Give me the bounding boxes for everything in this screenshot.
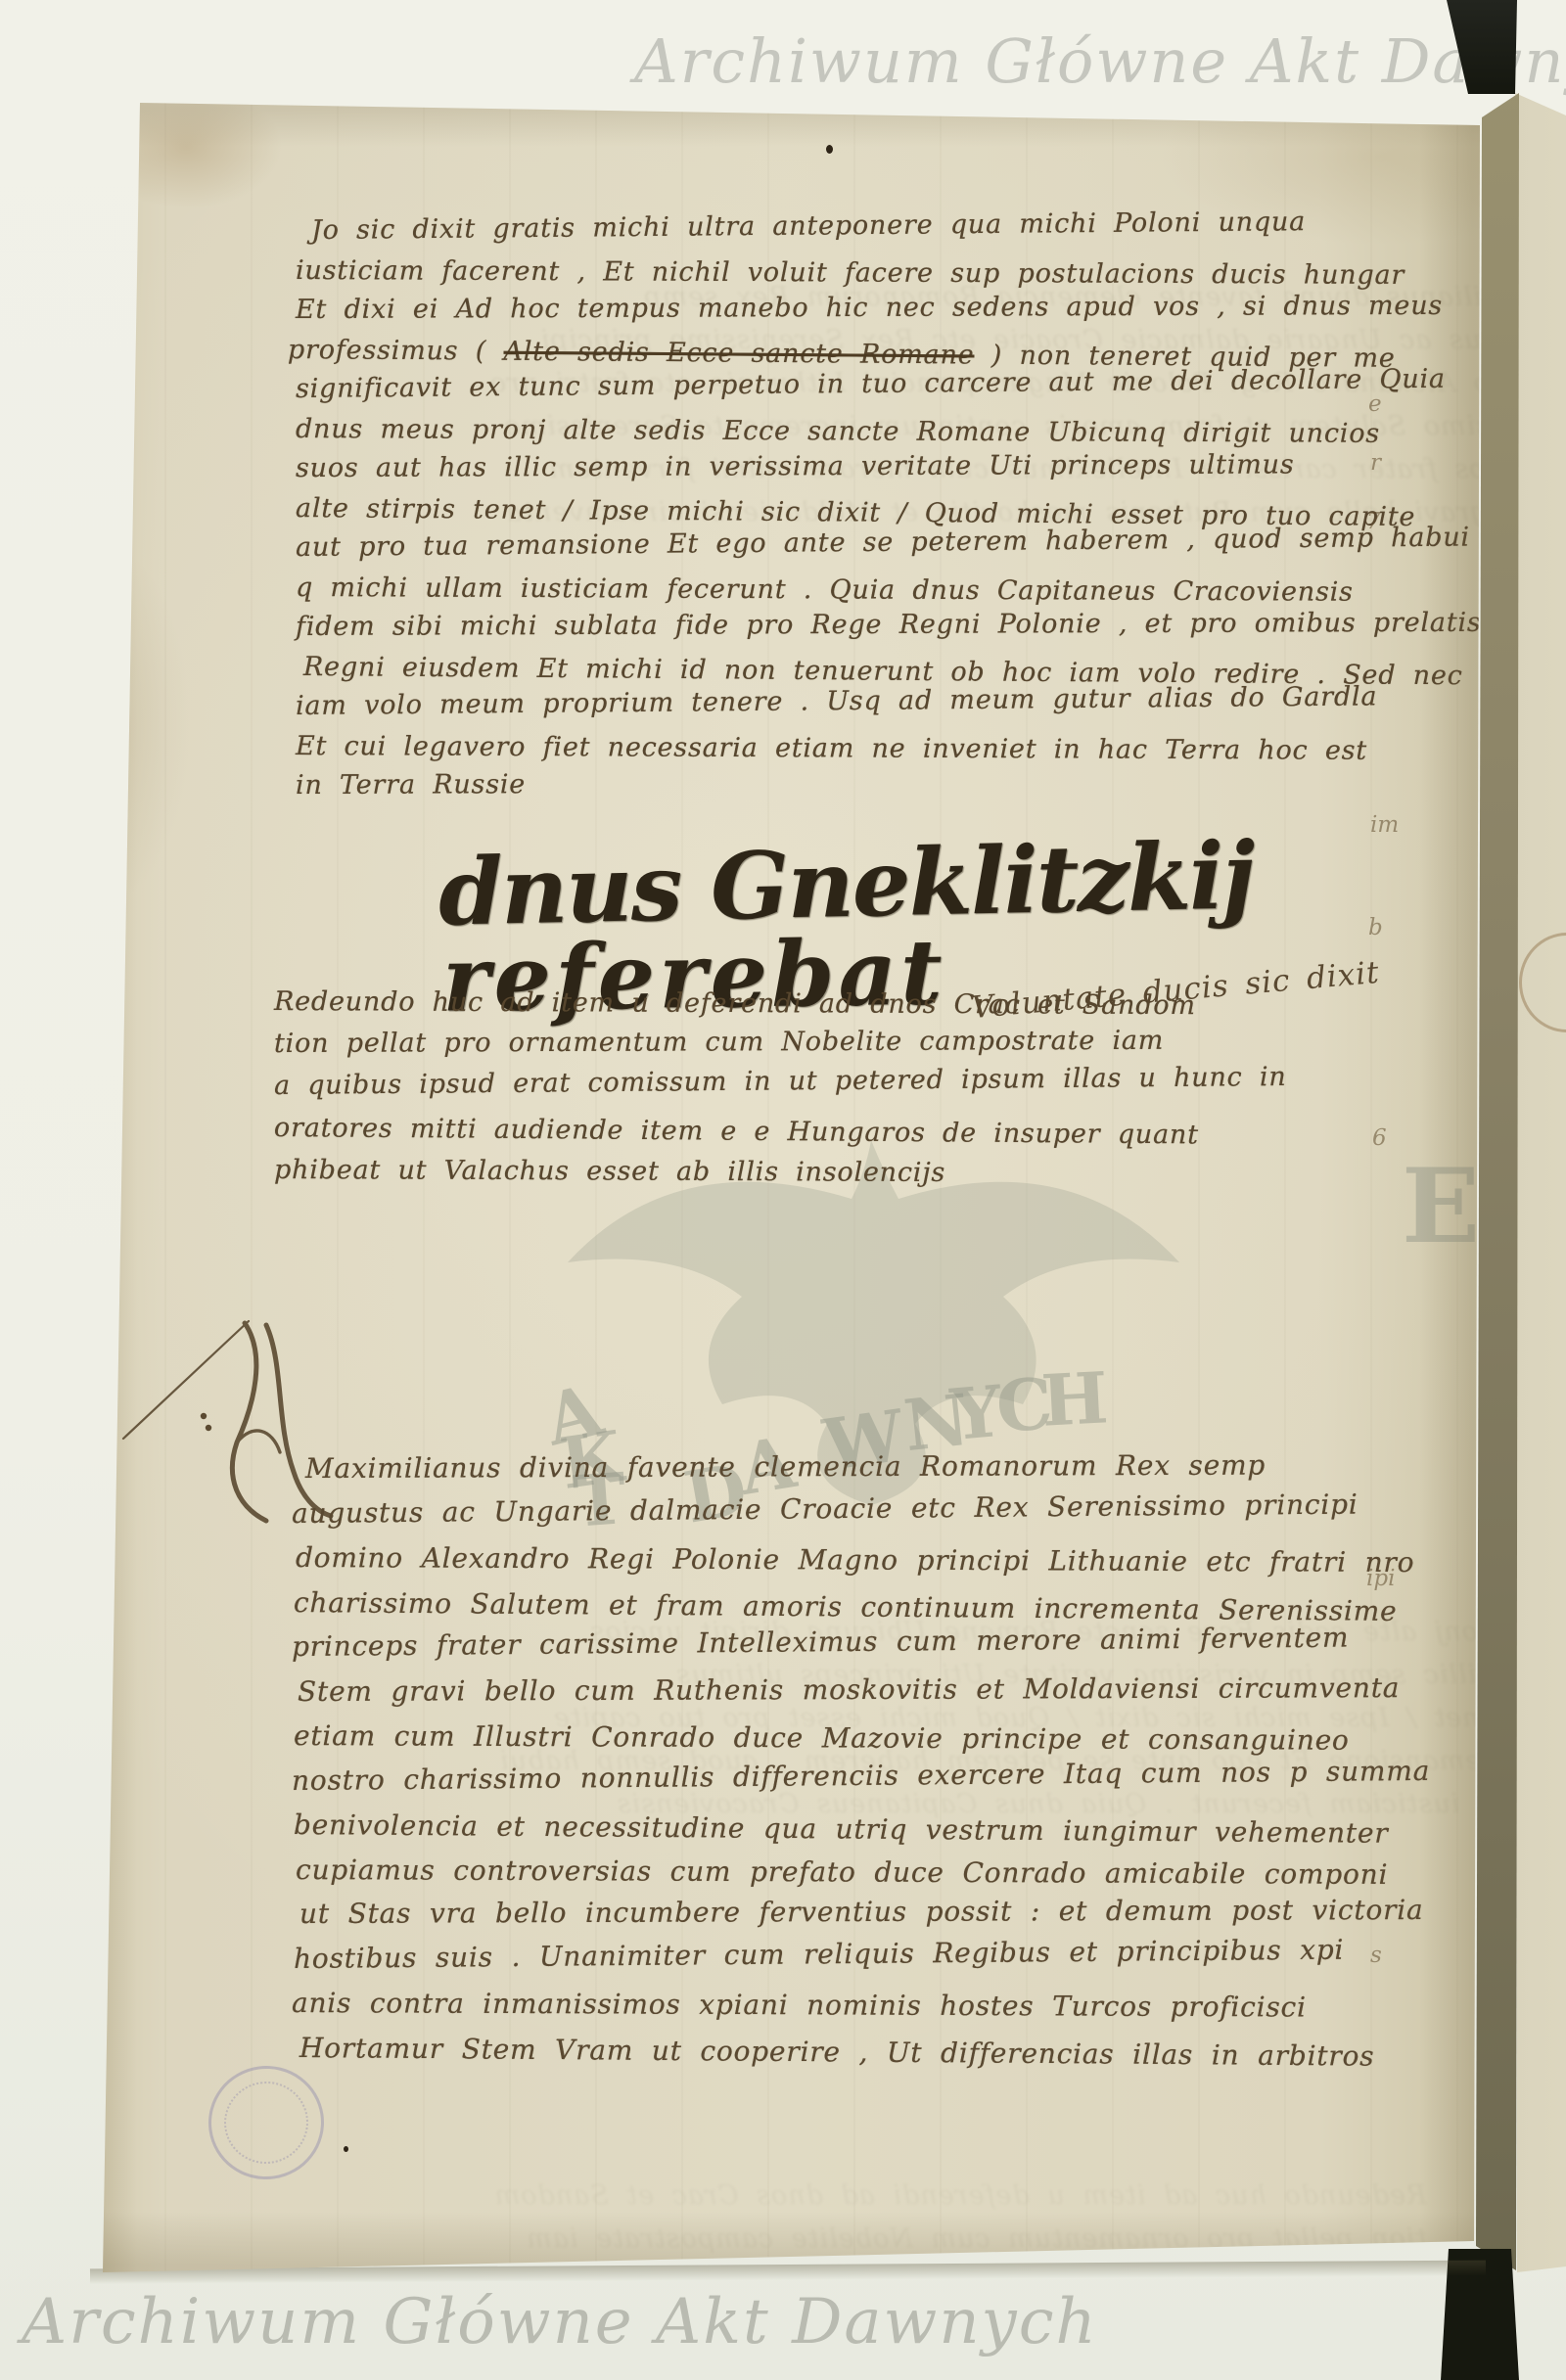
archive-watermark-bottom: Archiwum Główne Akt Dawnych — [22, 2286, 1098, 2358]
archive-scan-viewer: { "archive_watermark": { "text": "Archiw… — [0, 0, 1566, 2380]
ink-ring-mark — [1519, 933, 1566, 1032]
manuscript-page: A K T D A W N Y C H E Maximilianus divin… — [78, 98, 1488, 2280]
page-edge-shading — [78, 98, 1488, 2280]
archive-watermark-top: Archiwum Główne Akt Dawnych — [634, 25, 1566, 97]
